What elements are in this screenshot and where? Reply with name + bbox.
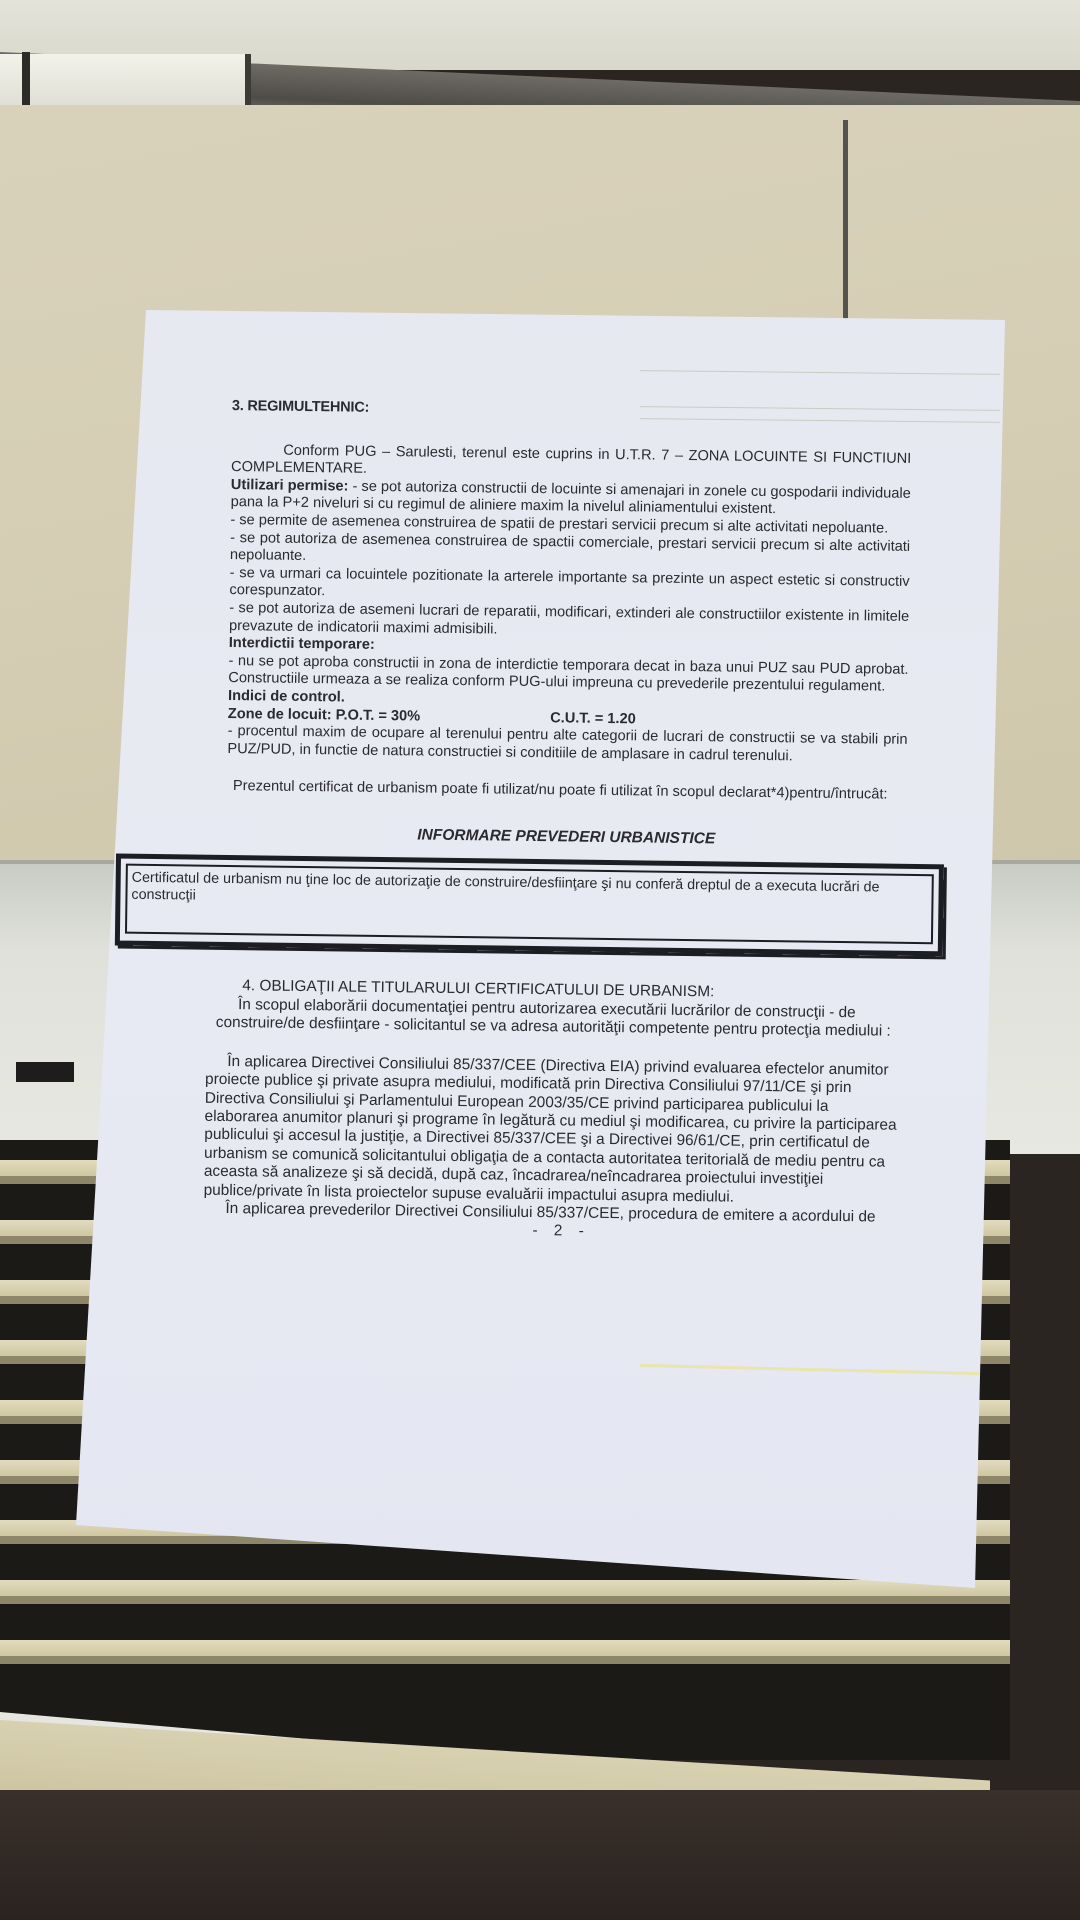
- panel-slot: [16, 1062, 74, 1082]
- document-body: 3. REGIMULTEHNIC: Conform PUG – Sarulest…: [221, 398, 912, 1246]
- cut-value: C.U.T. = 1.20: [550, 710, 636, 727]
- section-4: 4. OBLIGAŢII ALE TITULARULUI CERTIFICATU…: [221, 977, 904, 1245]
- section-4-para2: În aplicarea Directivei Consiliului 85/3…: [204, 1052, 904, 1208]
- section-3-heading: 3. REGIMULTEHNIC:: [232, 398, 912, 424]
- floor: [0, 1790, 1080, 1920]
- wall-seam: [843, 120, 848, 320]
- highlighter-mark: [640, 1364, 980, 1375]
- info-box-title: INFORMARE PREVEDERI URBANISTICE: [226, 824, 906, 850]
- faint-rule: [640, 370, 1000, 375]
- vent-slat: [0, 1640, 1010, 1656]
- info-box: Certificatul de urbanism nu ţine loc de …: [115, 854, 944, 957]
- permitted-uses-label: Utilizari permise:: [231, 477, 349, 495]
- pot-value: Zone de locuit: P.O.T. = 30%: [228, 705, 421, 724]
- info-box-text: Certificatul de urbanism nu ţine loc de …: [125, 864, 934, 945]
- vent-slat: [0, 1580, 1010, 1596]
